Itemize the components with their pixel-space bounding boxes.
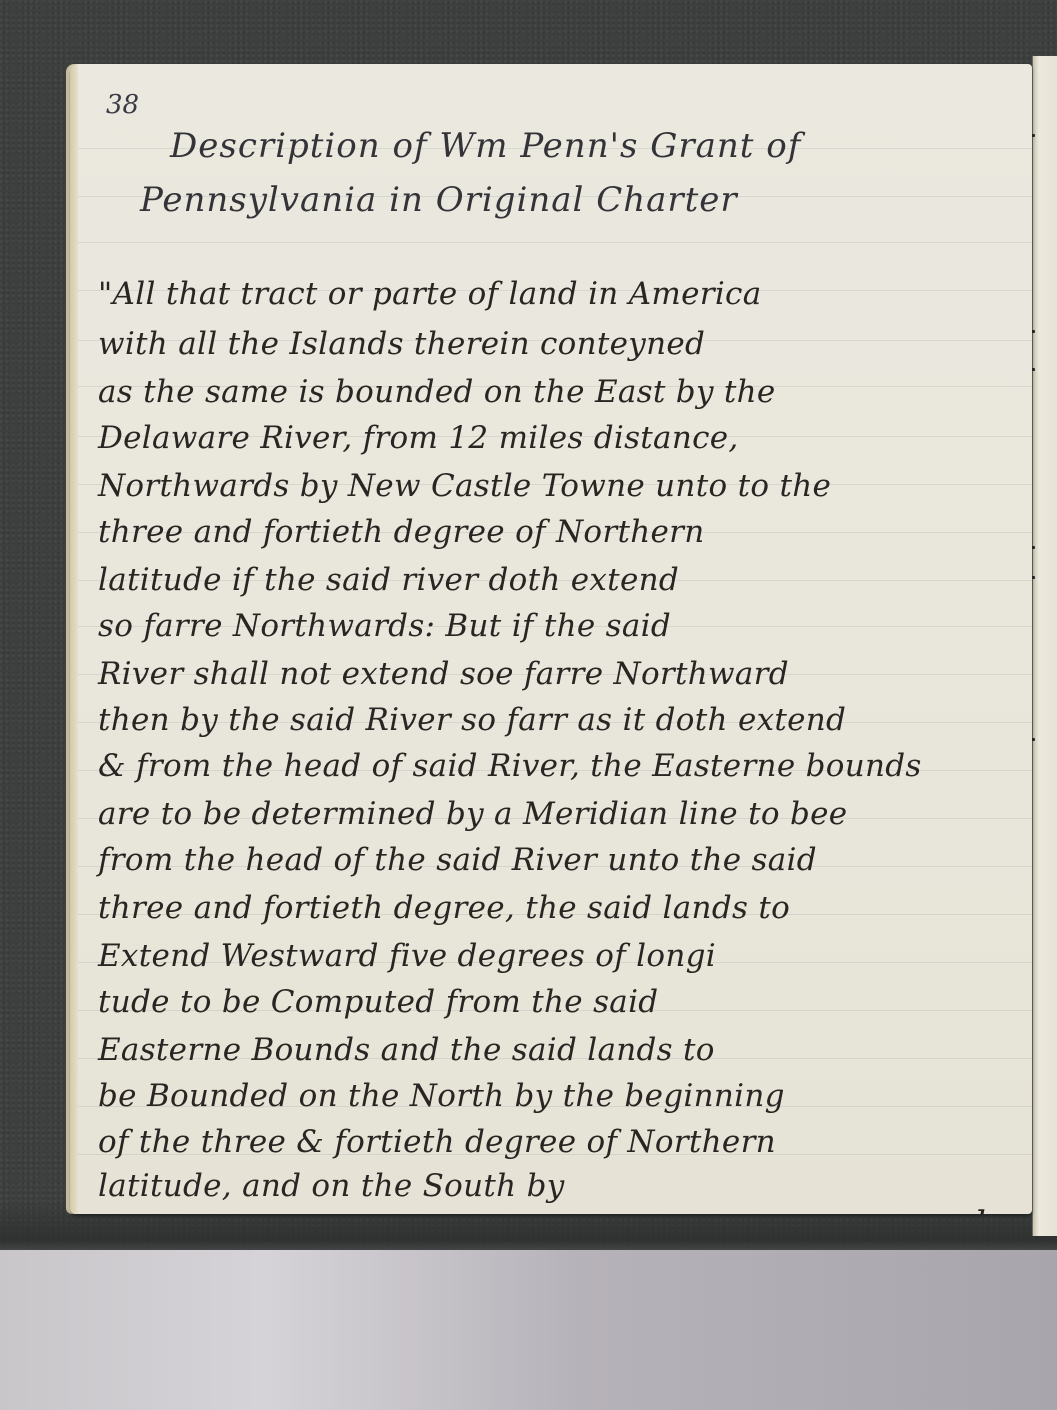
handwritten-line: from the head of the said River unto the… bbox=[98, 842, 817, 878]
handwritten-line: tude to be Computed from the said bbox=[98, 984, 658, 1020]
trailing-pen-mark: l bbox=[975, 1204, 986, 1214]
handwritten-line: latitude if the said river doth extend bbox=[98, 562, 679, 598]
handwritten-line: Extend Westward five degrees of longi bbox=[98, 938, 716, 974]
handwritten-line: three and fortieth degree, the said land… bbox=[98, 890, 790, 926]
handwritten-line: be Bounded on the North by the beginning bbox=[98, 1078, 785, 1114]
handwritten-line: & from the head of said River, the Easte… bbox=[98, 748, 922, 784]
adjacent-page-edge bbox=[1032, 56, 1057, 1236]
title-line: Pennsylvania in Original Charter bbox=[140, 180, 738, 220]
page-edge bbox=[70, 64, 78, 1214]
handwritten-line: three and fortieth degree of Northern bbox=[98, 514, 705, 550]
handwritten-line: Northwards by New Castle Towne unto to t… bbox=[98, 468, 831, 504]
handwritten-line: by a circle drawn at twelve bbox=[98, 1210, 533, 1214]
handwritten-line: "All that tract or parte of land in Amer… bbox=[98, 276, 762, 312]
handwritten-line: Delaware River, from 12 miles distance, bbox=[98, 420, 739, 456]
handwritten-line: River shall not extend soe farre Northwa… bbox=[98, 656, 789, 692]
handwritten-line: with all the Islands therein conteyned bbox=[98, 326, 705, 362]
ruled-line bbox=[78, 242, 1032, 243]
handwritten-line: of the three & fortieth degree of Northe… bbox=[98, 1124, 776, 1160]
page-number: 38 bbox=[106, 90, 139, 120]
table-surface bbox=[0, 1250, 1057, 1410]
handwritten-line: as the same is bounded on the East by th… bbox=[98, 374, 776, 410]
manuscript-page: 38 Description of Wm Penn's Grant of Pen… bbox=[70, 64, 1032, 1214]
title-line: Description of Wm Penn's Grant of bbox=[170, 126, 801, 166]
handwritten-line: are to be determined by a Meridian line … bbox=[98, 796, 847, 832]
handwritten-line: latitude, and on the South by bbox=[98, 1168, 565, 1204]
handwritten-line: then by the said River so farr as it dot… bbox=[98, 702, 846, 738]
handwritten-line: Easterne Bounds and the said lands to bbox=[98, 1032, 715, 1068]
handwritten-line: so farre Northwards: But if the said bbox=[98, 608, 671, 644]
